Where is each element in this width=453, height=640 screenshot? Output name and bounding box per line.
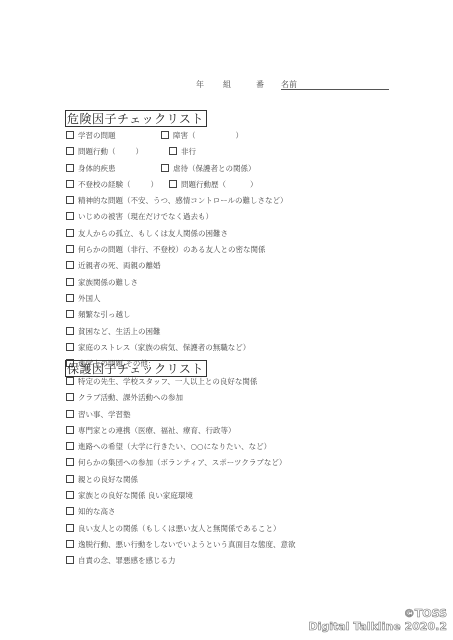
list-item: 自責の念、罪悪感を感じる力	[66, 556, 296, 572]
name-field[interactable]	[281, 89, 389, 90]
list-item: いじめの被害（現在だけでなく過去も）	[66, 212, 288, 228]
checkbox[interactable]	[66, 426, 74, 434]
checkbox[interactable]	[66, 475, 74, 483]
checkbox[interactable]	[66, 507, 74, 515]
checkbox[interactable]	[66, 310, 74, 318]
list-item: 専門家との連携（医療、福祉、療育、行政等）	[66, 426, 296, 442]
checkbox[interactable]	[66, 393, 74, 401]
checkbox[interactable]	[66, 524, 74, 532]
checkbox[interactable]	[66, 164, 74, 172]
checkbox[interactable]	[161, 164, 169, 172]
checkbox[interactable]	[66, 343, 74, 351]
year-label: 年	[196, 79, 204, 90]
class-label: 組	[223, 79, 231, 90]
list-item: 何らかの問題（非行、不登校）のある友人との密な関係	[66, 245, 288, 261]
checkbox[interactable]	[66, 540, 74, 548]
list-item: 習い事、学習塾	[66, 410, 296, 426]
list-item: 進路への希望（大学に行きたい、○○になりたい、など）	[66, 442, 296, 458]
checkbox[interactable]	[66, 377, 74, 385]
checkbox[interactable]	[169, 180, 177, 188]
checkbox[interactable]	[66, 410, 74, 418]
protective-checklist-title: 保護因子チェックリスト	[65, 360, 207, 377]
list-item: 知的な高さ	[66, 507, 296, 523]
risk-checklist: 学習の問題 障害（） 問題行動（） 非行 身体的疾患 虐待（保護者との関係） 不…	[66, 131, 288, 375]
checkbox[interactable]	[66, 212, 74, 220]
checkbox[interactable]	[161, 131, 169, 139]
number-label: 番	[256, 79, 264, 90]
list-item: 近親者の死、両親の離婚	[66, 261, 288, 277]
list-item: 精神的な問題（不安、うつ、感情コントロールの難しさなど）	[66, 196, 288, 212]
list-item: 親との良好な関係	[66, 475, 296, 491]
checkbox[interactable]	[66, 278, 74, 286]
checkbox[interactable]	[66, 180, 74, 188]
checkbox[interactable]	[66, 196, 74, 204]
checkbox[interactable]	[66, 294, 74, 302]
checkbox[interactable]	[66, 458, 74, 466]
list-item: 家族との良好な関係 良い家庭環境	[66, 491, 296, 507]
checkbox[interactable]	[66, 556, 74, 564]
list-item: 友人からの孤立、もしくは友人関係の困難さ	[66, 229, 288, 245]
edition-line: Digital Talkline 2020.2	[308, 620, 447, 633]
checkbox[interactable]	[66, 229, 74, 237]
checkbox[interactable]	[66, 245, 74, 253]
checkbox[interactable]	[66, 442, 74, 450]
list-item: 問題行動（） 非行	[66, 147, 288, 163]
list-item: 特定の先生、学校スタッフ、一人以上との良好な関係	[66, 377, 296, 393]
list-item: クラブ活動、課外活動への参加	[66, 393, 296, 409]
copyright-line: ©TOSS	[308, 607, 447, 620]
checkbox[interactable]	[66, 261, 74, 269]
list-item: 家族関係の難しさ	[66, 278, 288, 294]
checkbox[interactable]	[66, 327, 74, 335]
list-item: 不登校の経験（） 問題行動歴（）	[66, 180, 288, 196]
risk-checklist-title: 危険因子チェックリスト	[65, 110, 207, 127]
checkbox[interactable]	[66, 147, 74, 155]
copyright-watermark: ©TOSS Digital Talkline 2020.2	[308, 607, 447, 633]
list-item: 逸脱行動、悪い行動をしないでいようという真面目な態度、意欲	[66, 540, 296, 556]
list-item: 身体的疾患 虐待（保護者との関係）	[66, 164, 288, 180]
list-item: 家庭のストレス（家族の病気、保護者の無職など）	[66, 343, 288, 359]
list-item: 貧困など、生活上の困難	[66, 327, 288, 343]
checkbox[interactable]	[66, 491, 74, 499]
checkbox[interactable]	[66, 131, 74, 139]
list-item: 頻繁な引っ越し	[66, 310, 288, 326]
list-item: 外国人	[66, 294, 288, 310]
protective-checklist: 特定の先生、学校スタッフ、一人以上との良好な関係 クラブ活動、課外活動への参加 …	[66, 377, 296, 573]
checkbox[interactable]	[169, 147, 177, 155]
list-item: 何らかの集団への参加（ボランティア、スポーツクラブなど）	[66, 458, 296, 474]
list-item: 良い友人との関係（もしくは悪い友人と無関係であること）	[66, 524, 296, 540]
list-item: 学習の問題 障害（）	[66, 131, 288, 147]
student-info-header: 年 組 番 名前	[0, 77, 453, 91]
